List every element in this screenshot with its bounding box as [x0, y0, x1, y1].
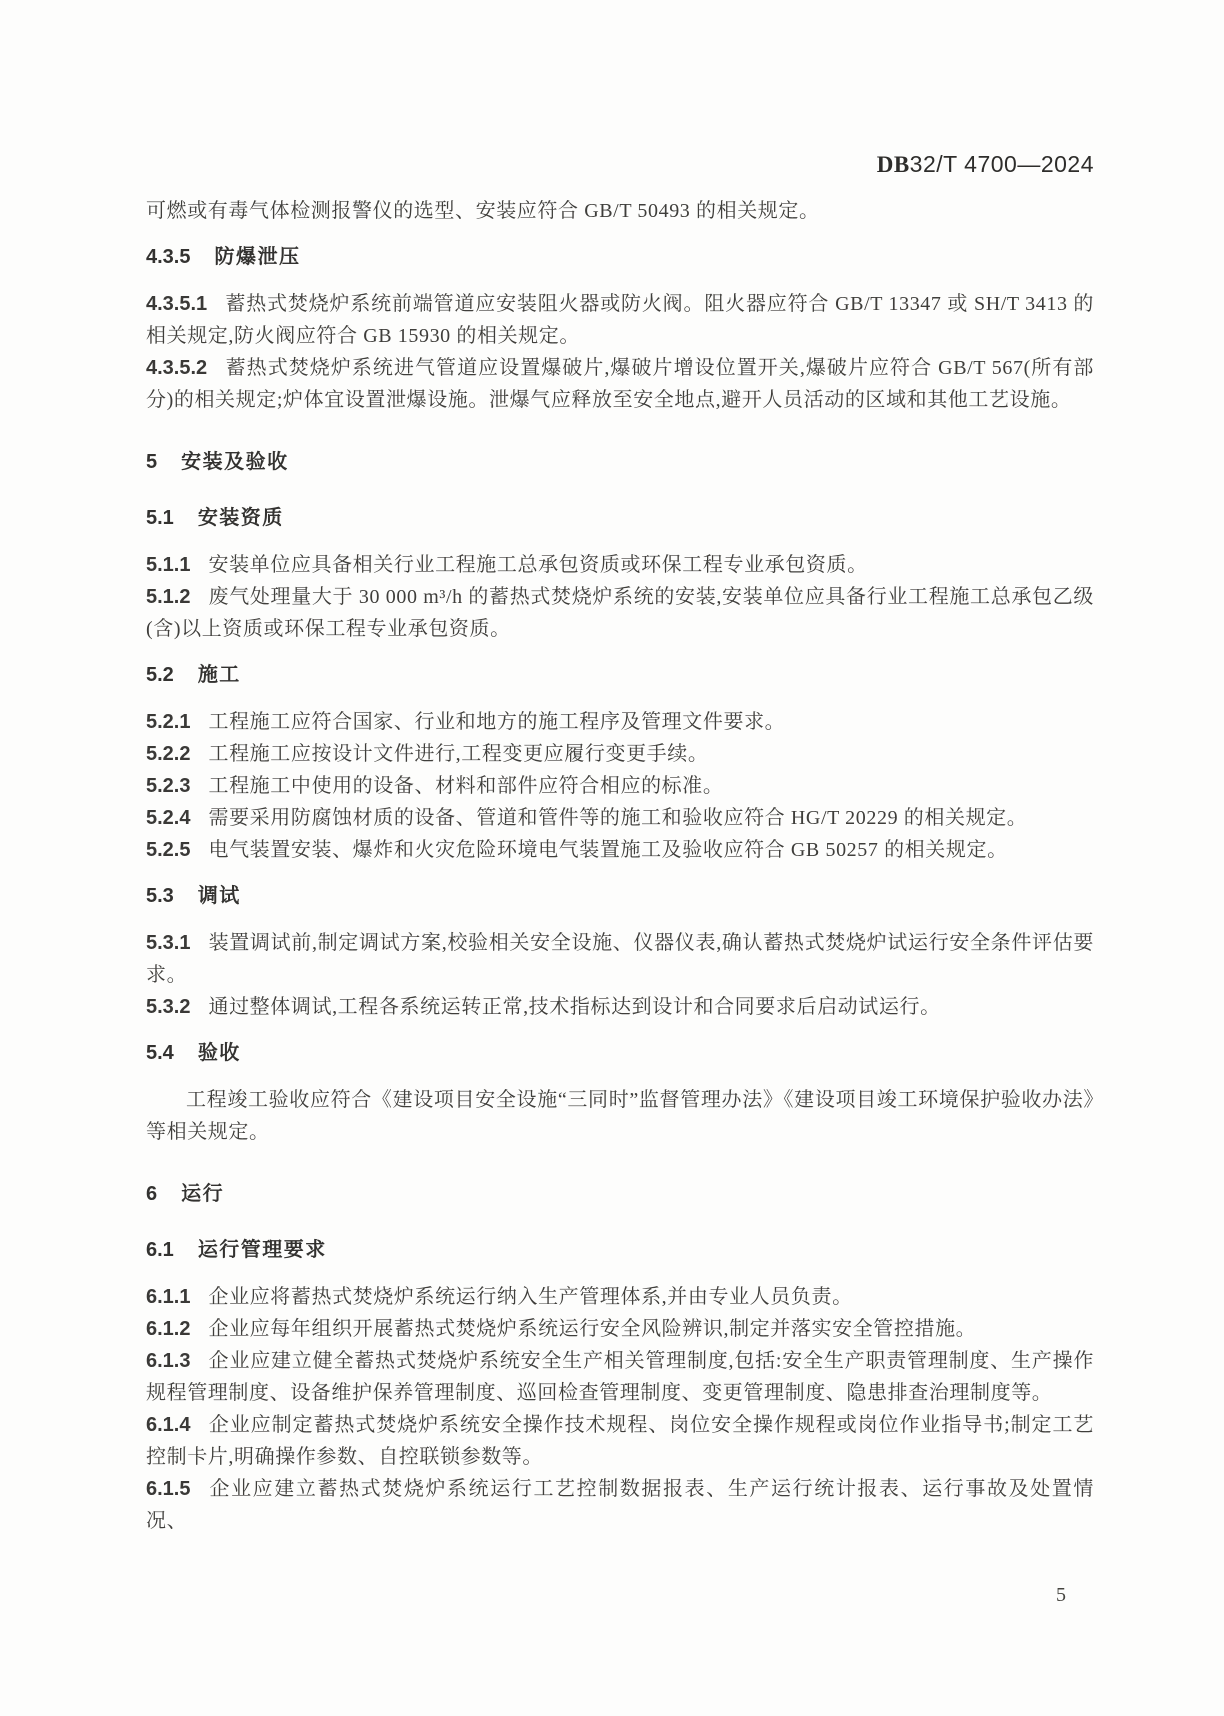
- heading-4-3-5: 4.3.5防爆泄压: [146, 241, 1094, 273]
- clause-text: 企业应每年组织开展蓄热式焚烧炉系统运行安全风险辨识,制定并落实安全管控措施。: [208, 1318, 976, 1340]
- heading-6-1: 6.1运行管理要求: [146, 1234, 1094, 1266]
- clause-4-3-5-2: 4.3.5.2蓄热式焚烧炉系统进气管道应设置爆破片,爆破片增设位置开关,爆破片应…: [146, 352, 1094, 416]
- clause-6-1-2: 6.1.2企业应每年组织开展蓄热式焚烧炉系统运行安全风险辨识,制定并落实安全管控…: [146, 1313, 1094, 1345]
- heading-number: 5.2: [146, 664, 174, 686]
- clause-5-2-1: 5.2.1工程施工应符合国家、行业和地方的施工程序及管理文件要求。: [146, 706, 1094, 738]
- heading-title: 验收: [198, 1042, 241, 1064]
- clause-number: 5.1.1: [146, 554, 190, 576]
- clause-text: 工程施工应符合国家、行业和地方的施工程序及管理文件要求。: [208, 711, 785, 733]
- paragraph-text: 工程竣工验收应符合《建设项目安全设施“三同时”监督管理办法》《建设项目竣工环境保…: [146, 1089, 1094, 1143]
- heading-title: 安装及验收: [181, 451, 289, 473]
- paragraph-continuation: 可燃或有毒气体检测报警仪的选型、安装应符合 GB/T 50493 的相关规定。: [146, 195, 1094, 227]
- heading-title: 施工: [198, 664, 241, 686]
- heading-5-2: 5.2施工: [146, 659, 1094, 691]
- clause-5-2-4: 5.2.4需要采用防腐蚀材质的设备、管道和管件等的施工和验收应符合 HG/T 2…: [146, 802, 1094, 834]
- page-content: DB32/T 4700—2024 可燃或有毒气体检测报警仪的选型、安装应符合 G…: [146, 0, 1094, 1537]
- heading-5-1: 5.1安装资质: [146, 502, 1094, 534]
- clause-number: 4.3.5.2: [146, 357, 207, 379]
- clause-4-3-5-1: 4.3.5.1蓄热式焚烧炉系统前端管道应安装阻火器或防火阀。阻火器应符合 GB/…: [146, 288, 1094, 352]
- paragraph-text: 可燃或有毒气体检测报警仪的选型、安装应符合 GB/T 50493 的相关规定。: [146, 200, 820, 222]
- heading-5-3: 5.3调试: [146, 880, 1094, 912]
- clause-6-1-5: 6.1.5企业应建立蓄热式焚烧炉系统运行工艺控制数据报表、生产运行统计报表、运行…: [146, 1473, 1094, 1537]
- page-number: 5: [1056, 1582, 1066, 1608]
- clause-number: 5.2.5: [146, 839, 190, 861]
- clause-number: 6.1.5: [146, 1478, 190, 1500]
- document-code-header: DB32/T 4700—2024: [146, 150, 1094, 179]
- heading-title: 运行: [181, 1183, 224, 1205]
- clause-number: 6.1.1: [146, 1286, 190, 1308]
- clause-number: 5.2.2: [146, 743, 190, 765]
- clause-text: 电气装置安装、爆炸和火灾危险环境电气装置施工及验收应符合 GB 50257 的相…: [208, 839, 1007, 861]
- heading-number: 4.3.5: [146, 246, 190, 268]
- clause-5-1-2: 5.1.2废气处理量大于 30 000 m³/h 的蓄热式焚烧炉系统的安装,安装…: [146, 581, 1094, 645]
- heading-title: 安装资质: [198, 507, 284, 529]
- paragraph-acceptance: 工程竣工验收应符合《建设项目安全设施“三同时”监督管理办法》《建设项目竣工环境保…: [146, 1084, 1094, 1148]
- clause-text: 企业应将蓄热式焚烧炉系统运行纳入生产管理体系,并由专业人员负责。: [208, 1286, 852, 1308]
- clause-5-2-2: 5.2.2工程施工应按设计文件进行,工程变更应履行变更手续。: [146, 738, 1094, 770]
- heading-5-4: 5.4验收: [146, 1037, 1094, 1069]
- clause-5-2-5: 5.2.5电气装置安装、爆炸和火灾危险环境电气装置施工及验收应符合 GB 502…: [146, 834, 1094, 866]
- heading-title: 调试: [198, 885, 241, 907]
- clause-text: 通过整体调试,工程各系统运转正常,技术指标达到设计和合同要求后启动试运行。: [208, 996, 940, 1018]
- clause-text: 装置调试前,制定调试方案,校验相关安全设施、仪器仪表,确认蓄热式焚烧炉试运行安全…: [146, 932, 1094, 986]
- header-standard-code: 32/T 4700—2024: [910, 151, 1094, 177]
- heading-6: 6运行: [146, 1178, 1094, 1210]
- heading-title: 防爆泄压: [214, 246, 300, 268]
- clause-number: 5.3.1: [146, 932, 190, 954]
- clause-5-3-1: 5.3.1装置调试前,制定调试方案,校验相关安全设施、仪器仪表,确认蓄热式焚烧炉…: [146, 927, 1094, 991]
- clause-5-2-3: 5.2.3工程施工中使用的设备、材料和部件应符合相应的标准。: [146, 770, 1094, 802]
- clause-text: 安装单位应具备相关行业工程施工总承包资质或环保工程专业承包资质。: [208, 554, 867, 576]
- clause-number: 6.1.3: [146, 1350, 190, 1372]
- clause-6-1-3: 6.1.3企业应建立健全蓄热式焚烧炉系统安全生产相关管理制度,包括:安全生产职责…: [146, 1345, 1094, 1409]
- clause-text: 蓄热式焚烧炉系统进气管道应设置爆破片,爆破片增设位置开关,爆破片应符合 GB/T…: [146, 357, 1094, 411]
- clause-number: 5.1.2: [146, 586, 190, 608]
- clause-text: 工程施工中使用的设备、材料和部件应符合相应的标准。: [208, 775, 723, 797]
- heading-number: 5.3: [146, 885, 174, 907]
- heading-number: 6.1: [146, 1239, 174, 1261]
- heading-number: 5.1: [146, 507, 174, 529]
- clause-number: 5.2.3: [146, 775, 190, 797]
- clause-text: 企业应建立健全蓄热式焚烧炉系统安全生产相关管理制度,包括:安全生产职责管理制度、…: [146, 1350, 1094, 1404]
- clause-text: 工程施工应按设计文件进行,工程变更应履行变更手续。: [208, 743, 708, 765]
- clause-number: 6.1.2: [146, 1318, 190, 1340]
- clause-text: 蓄热式焚烧炉系统前端管道应安装阻火器或防火阀。阻火器应符合 GB/T 13347…: [146, 293, 1094, 347]
- clause-5-1-1: 5.1.1安装单位应具备相关行业工程施工总承包资质或环保工程专业承包资质。: [146, 549, 1094, 581]
- clause-number: 5.2.1: [146, 711, 190, 733]
- clause-5-3-2: 5.3.2通过整体调试,工程各系统运转正常,技术指标达到设计和合同要求后启动试运…: [146, 991, 1094, 1023]
- clause-text: 企业应建立蓄热式焚烧炉系统运行工艺控制数据报表、生产运行统计报表、运行事故及处置…: [146, 1478, 1094, 1532]
- clause-6-1-1: 6.1.1企业应将蓄热式焚烧炉系统运行纳入生产管理体系,并由专业人员负责。: [146, 1281, 1094, 1313]
- clause-text: 企业应制定蓄热式焚烧炉系统安全操作技术规程、岗位安全操作规程或岗位作业指导书;制…: [146, 1414, 1094, 1468]
- clause-number: 5.3.2: [146, 996, 190, 1018]
- clause-text: 需要采用防腐蚀材质的设备、管道和管件等的施工和验收应符合 HG/T 20229 …: [208, 807, 1027, 829]
- heading-number: 6: [146, 1183, 157, 1205]
- header-db-prefix: DB: [877, 152, 910, 177]
- clause-number: 5.2.4: [146, 807, 190, 829]
- heading-number: 5.4: [146, 1042, 174, 1064]
- clause-number: 4.3.5.1: [146, 293, 207, 315]
- clause-number: 6.1.4: [146, 1414, 190, 1436]
- document-page: DB32/T 4700—2024 可燃或有毒气体检测报警仪的选型、安装应符合 G…: [0, 0, 1224, 1716]
- heading-number: 5: [146, 451, 157, 473]
- clause-6-1-4: 6.1.4企业应制定蓄热式焚烧炉系统安全操作技术规程、岗位安全操作规程或岗位作业…: [146, 1409, 1094, 1473]
- heading-5: 5安装及验收: [146, 446, 1094, 478]
- clause-text: 废气处理量大于 30 000 m³/h 的蓄热式焚烧炉系统的安装,安装单位应具备…: [146, 586, 1094, 640]
- heading-title: 运行管理要求: [198, 1239, 327, 1261]
